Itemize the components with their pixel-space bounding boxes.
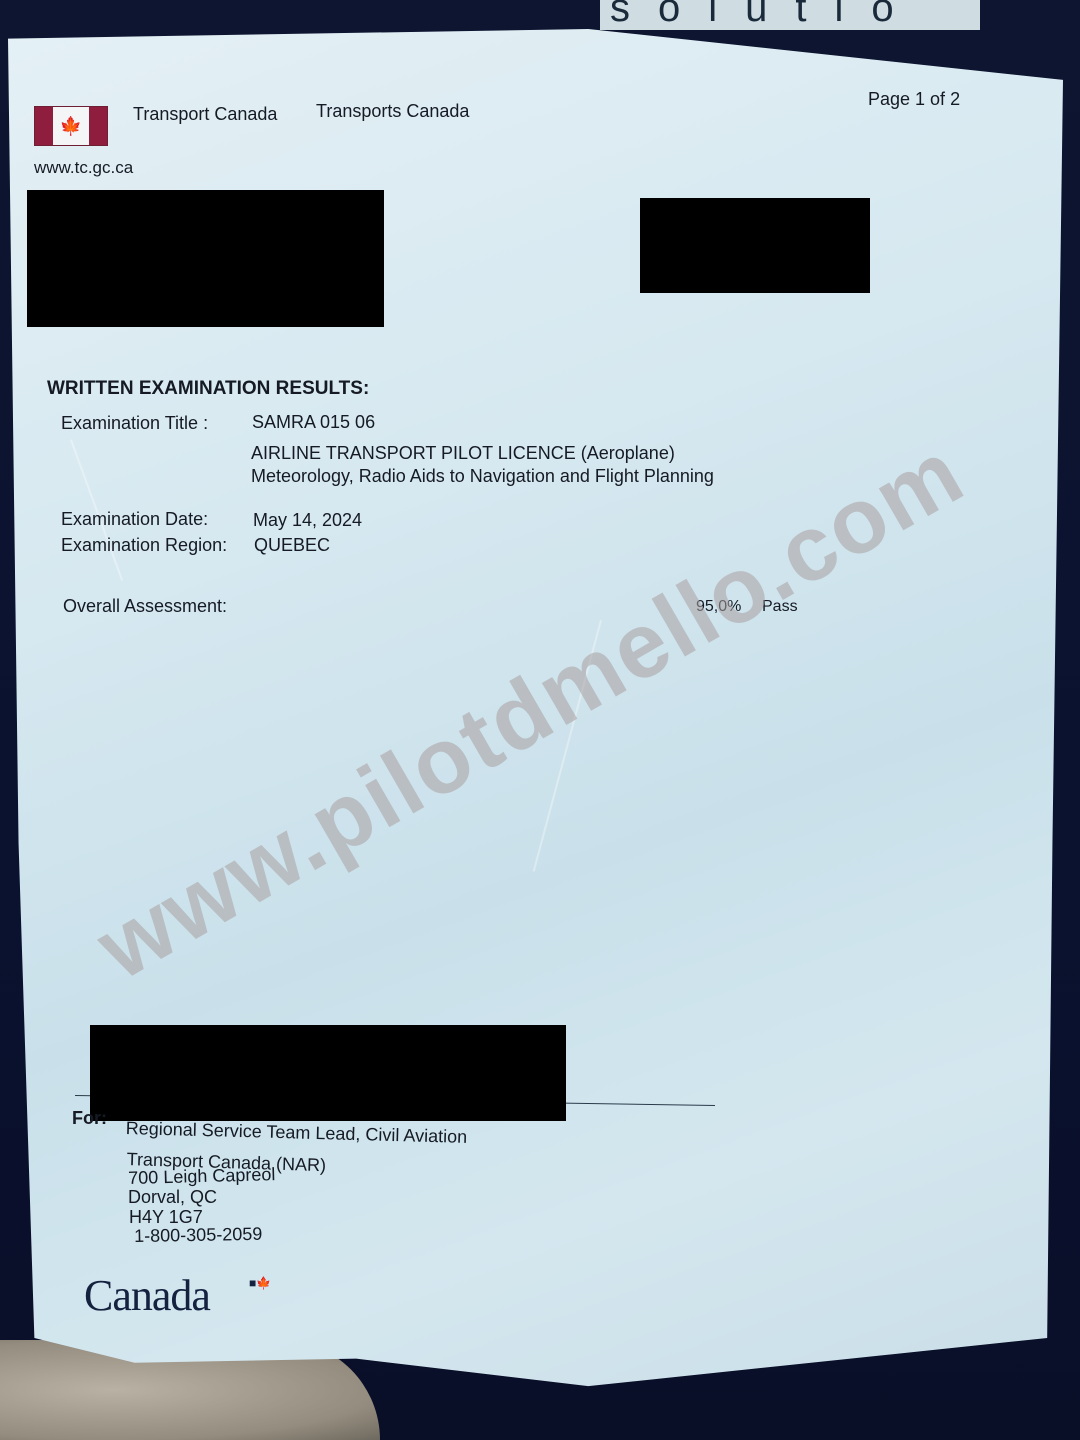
- address-line2: 700 Leigh Capreol: [128, 1164, 276, 1189]
- department-name-en: Transport Canada: [133, 104, 277, 125]
- exam-title-code: SAMRA 015 06: [252, 412, 375, 433]
- background-document-text: solutio: [610, 0, 922, 31]
- phone-number: 1-800-305-2059: [134, 1224, 262, 1247]
- exam-date-label: Examination Date:: [61, 509, 208, 530]
- canada-wordmark: Canada: [84, 1270, 210, 1321]
- results-heading: WRITTEN EXAMINATION RESULTS:: [47, 378, 369, 400]
- exam-title-line1: AIRLINE TRANSPORT PILOT LICENCE (Aeropla…: [251, 443, 675, 464]
- redacted-signature: [90, 1025, 566, 1121]
- for-label: For:: [72, 1108, 107, 1129]
- exam-region-value: QUEBEC: [254, 535, 330, 556]
- address-line3: Dorval, QC: [128, 1187, 217, 1208]
- department-name-fr: Transports Canada: [316, 101, 469, 122]
- canada-wordmark-flag-icon: ■🍁: [249, 1276, 271, 1290]
- exam-region-label: Examination Region:: [61, 535, 227, 556]
- redacted-recipient-address: [27, 190, 384, 327]
- exam-title-line2: Meteorology, Radio Aids to Navigation an…: [251, 466, 714, 487]
- exam-title-label: Examination Title :: [61, 413, 208, 434]
- exam-date-value: May 14, 2024: [253, 510, 362, 531]
- page-indicator: Page 1 of 2: [868, 89, 960, 110]
- website-url: www.tc.gc.ca: [34, 158, 133, 178]
- canada-flag-icon: 🍁: [34, 106, 108, 146]
- overall-assessment-label: Overall Assessment:: [63, 596, 227, 617]
- redacted-reference-info: [640, 198, 870, 293]
